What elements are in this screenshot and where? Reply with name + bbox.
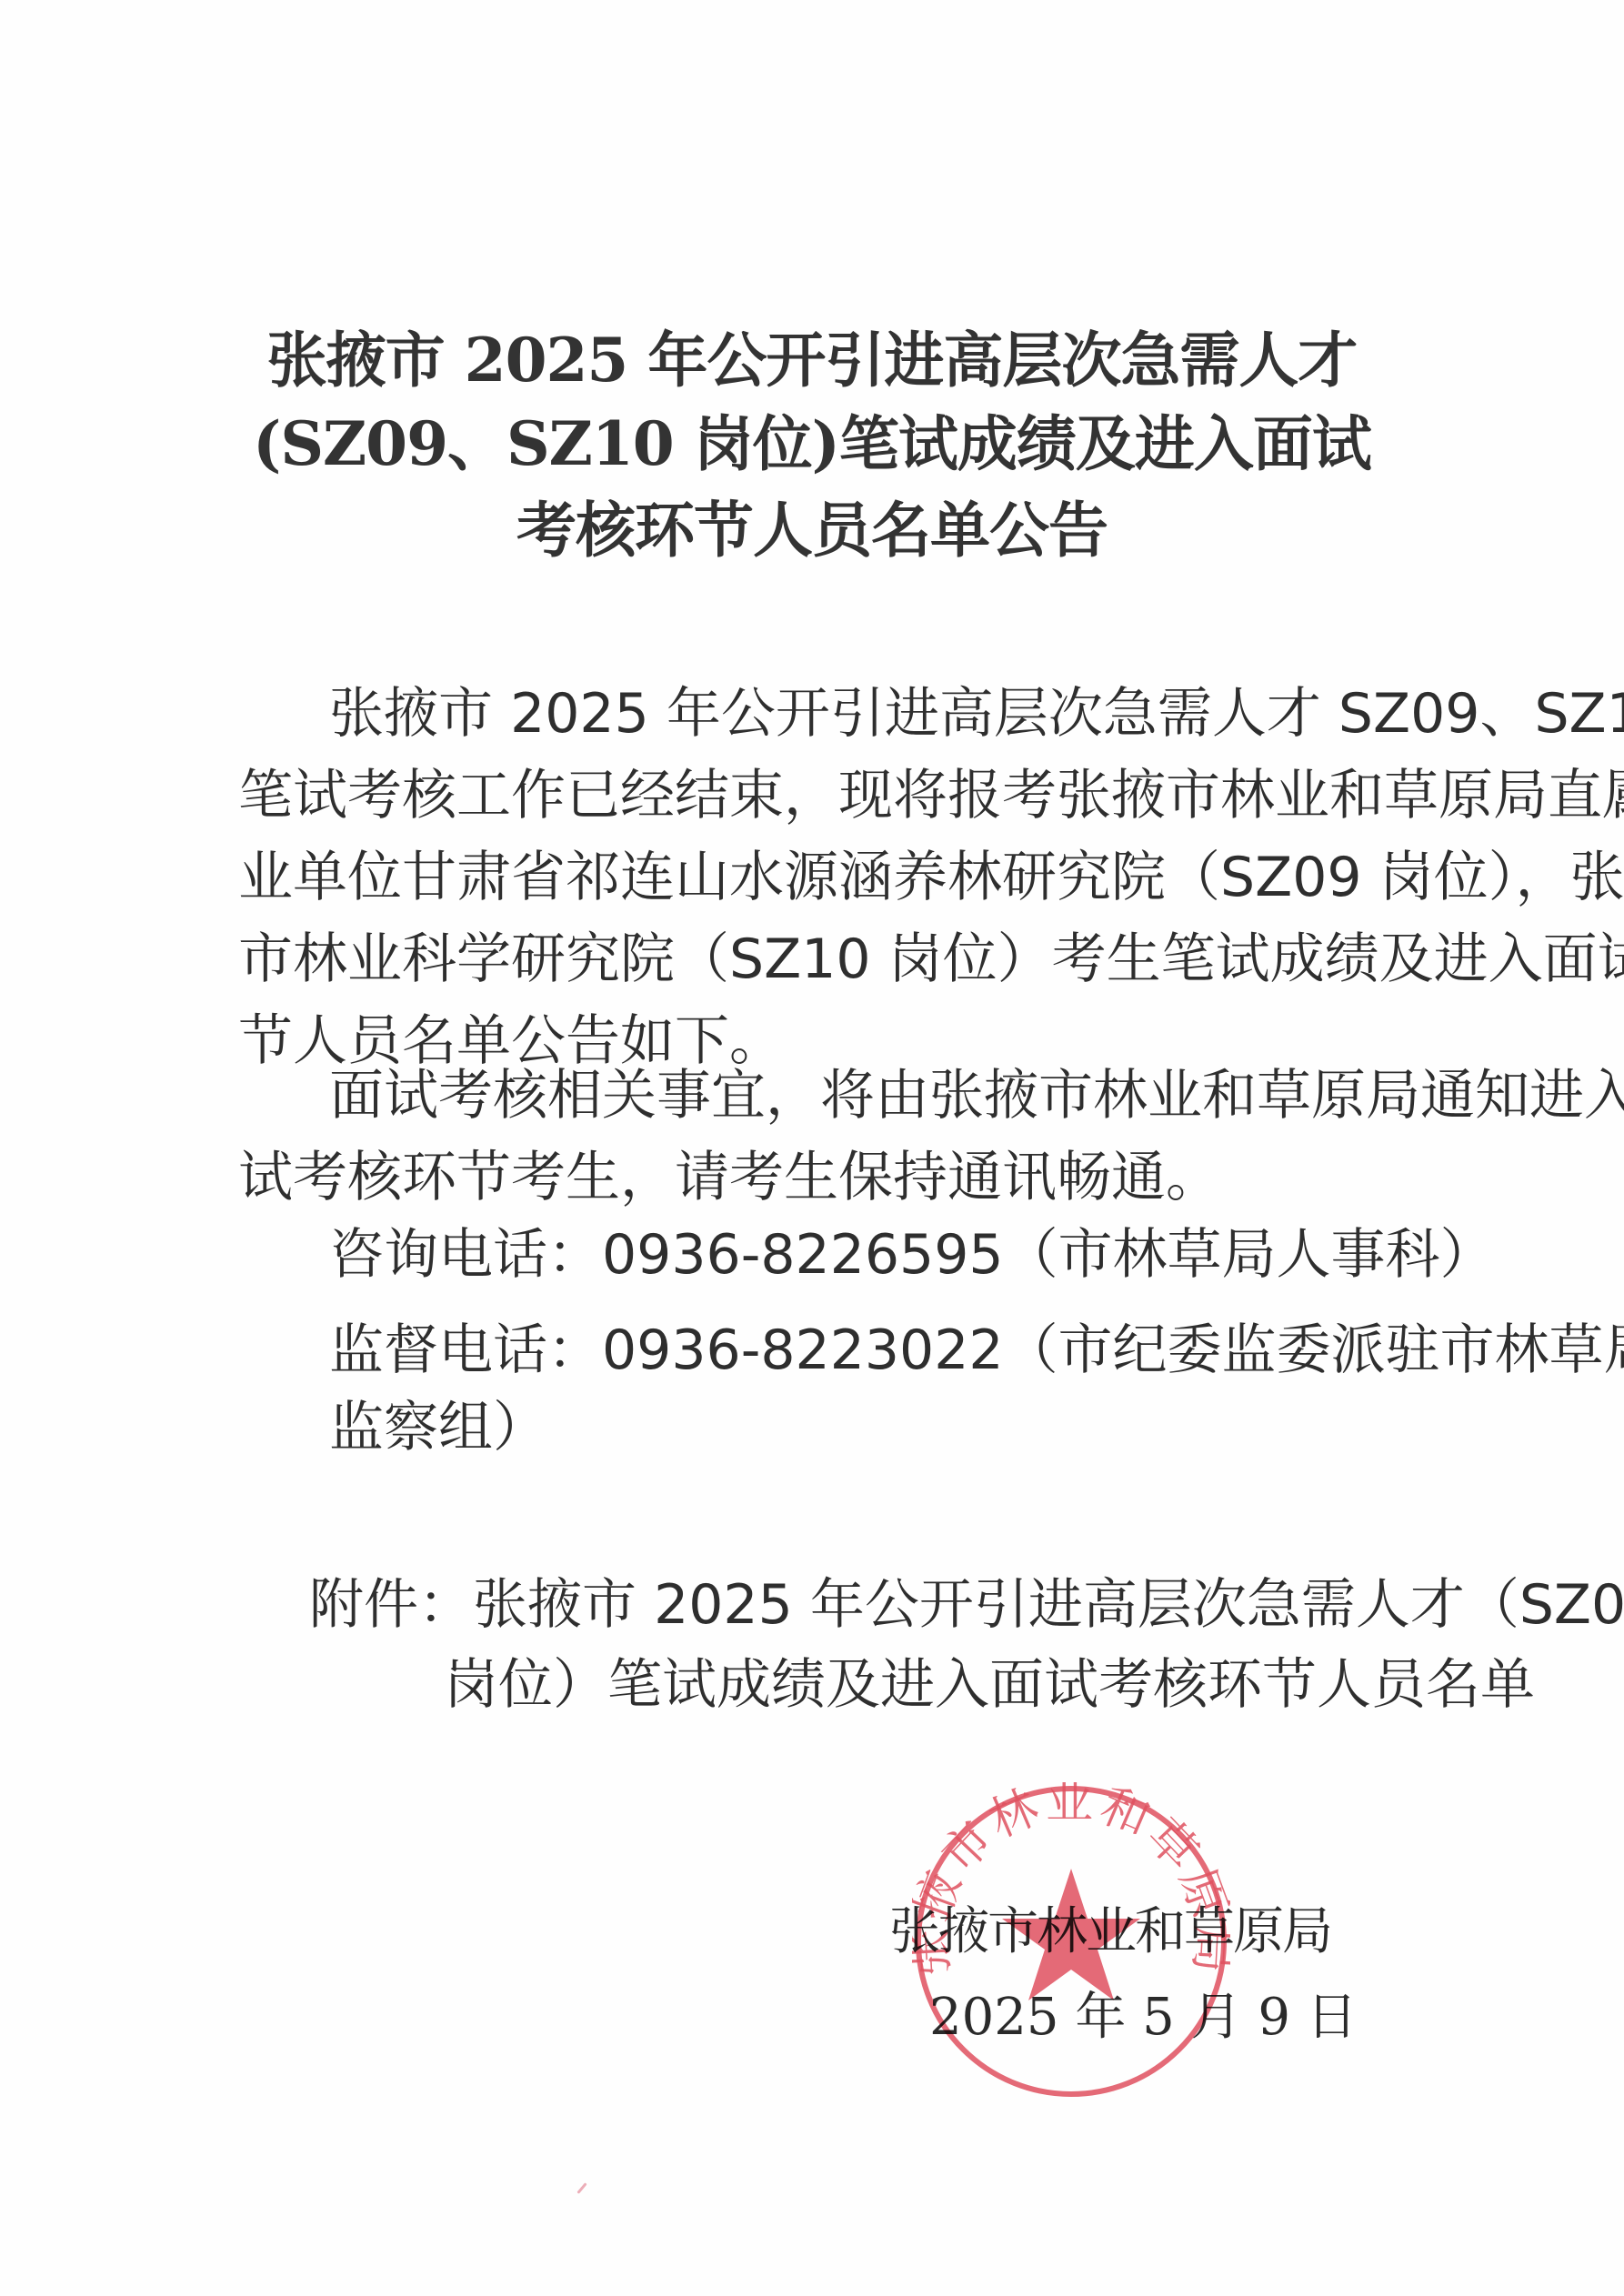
paragraph-1-line-2: 笔试考核工作已经结束，现将报考张掖市林业和草原局直属事 <box>238 755 1389 837</box>
supervise-phone-note: （市纪委监委派驻市林草局纪检 <box>1004 1318 1624 1382</box>
supervise-phone-label: 监督电话： <box>329 1318 602 1382</box>
supervise-phone-number: 0936-8223022 <box>602 1318 1004 1382</box>
signature-date: 2025 年 5 月 9 日 <box>929 1986 1358 2050</box>
paragraph-1-line-3: 业单位甘肃省祁连山水源涵养林研究院（SZ09 岗位），张掖 <box>238 837 1389 918</box>
signature-organization: 张掖市林业和草原局 <box>889 1900 1331 1964</box>
title-line-2: (SZ09、SZ10 岗位)笔试成绩及进入面试 <box>0 400 1624 487</box>
supervise-phone-line: 监督电话：0936-8223022（市纪委监委派驻市林草局纪检 <box>329 1309 1389 1391</box>
consult-phone-line: 咨询电话：0936-8226595（市林草局人事科） <box>329 1214 1495 1296</box>
attachment-title-part-1: 张掖市 2025 年公开引进高层次急需人才（SZ09、SZ10 <box>473 1573 1624 1637</box>
document-page: 张掖市 2025 年公开引进高层次急需人才 (SZ09、SZ10 岗位)笔试成绩… <box>0 0 1624 2296</box>
title-line-1: 张掖市 2025 年公开引进高层次急需人才 <box>0 316 1624 404</box>
paragraph-1-line-1: 张掖市 2025 年公开引进高层次急需人才 SZ09、SZ10 岗位 <box>329 673 1389 755</box>
consult-phone-number: 0936-8226595 <box>602 1223 1004 1287</box>
title-line-3: 考核环节人员名单公告 <box>0 486 1624 574</box>
scan-speck <box>576 2182 586 2194</box>
attachment-label: 附件： <box>309 1573 473 1637</box>
consult-phone-label: 咨询电话： <box>329 1223 602 1287</box>
consult-phone-note: （市林草局人事科） <box>1004 1223 1495 1287</box>
attachment-line-2: 岗位）笔试成绩及进入面试考核环节人员名单 <box>444 1644 1535 1726</box>
paragraph-1-line-4: 市林业科学研究院（SZ10 岗位）考生笔试成绩及进入面试环 <box>238 918 1389 1000</box>
supervise-phone-note-line-2: 监察组） <box>329 1387 547 1469</box>
attachment-line-1: 附件：张掖市 2025 年公开引进高层次急需人才（SZ09、SZ10 <box>309 1564 1389 1646</box>
paragraph-2-line-1: 面试考核相关事宜，将由张掖市林业和草原局通知进入面 <box>329 1055 1389 1137</box>
paragraph-2-line-2: 试考核环节考生，请考生保持通讯畅通。 <box>238 1137 1220 1218</box>
